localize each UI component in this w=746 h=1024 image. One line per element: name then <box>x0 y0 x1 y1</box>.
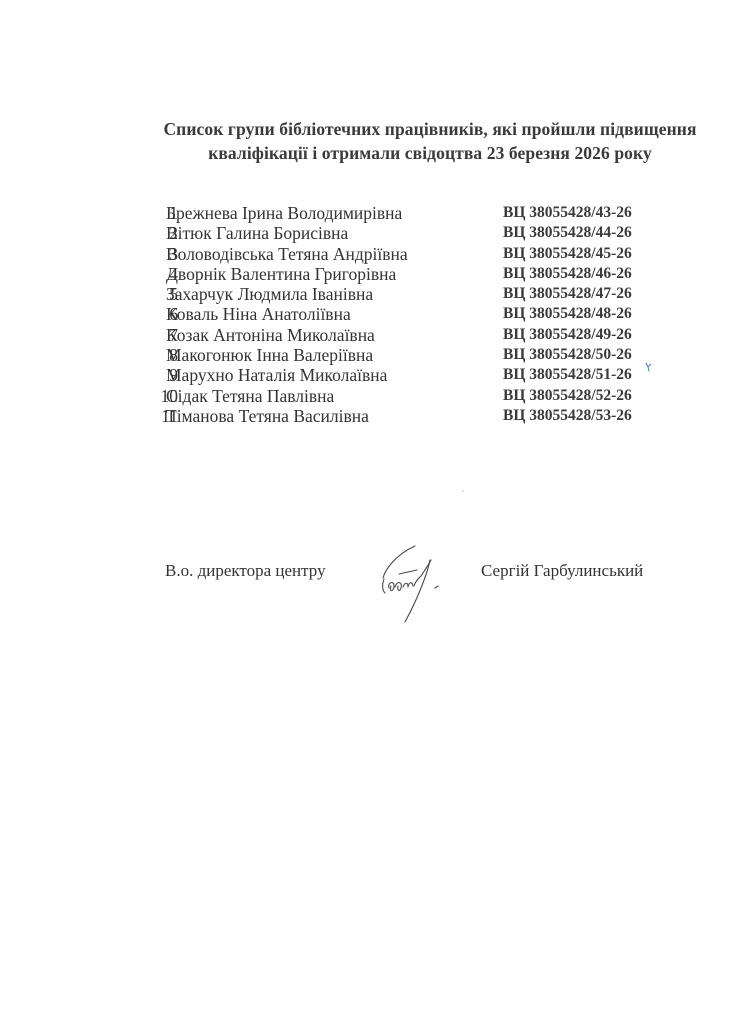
certificate-number: ВЦ 38055428/47-26 <box>503 284 632 304</box>
certificate-number: ВЦ 38055428/46-26 <box>503 264 632 284</box>
list-item: 3 Воловодівська Тетяна Андріївна ВЦ 3805… <box>128 244 688 264</box>
certificate-number: ВЦ 38055428/53-26 <box>503 406 632 426</box>
person-name: Дворнік Валентина Григорівна <box>166 264 396 284</box>
certificate-number: ВЦ 38055428/51-26 <box>503 365 632 385</box>
certificate-number: ВЦ 38055428/43-26 <box>503 203 632 223</box>
list-item: 11 Тіманова Тетяна Василівна ВЦ 38055428… <box>128 406 688 426</box>
list-item: 5 Захарчук Людмила Іванівна ВЦ 38055428/… <box>128 284 688 304</box>
person-name: Козак Антоніна Миколаївна <box>166 325 375 345</box>
title-line-1: Список групи бібліотечних працівників, я… <box>130 117 730 141</box>
signatory-name: Сергій Гарбулинський <box>481 561 643 581</box>
person-name: Марухно Наталія Миколаївна <box>166 365 387 385</box>
list-item: 7 Козак Антоніна Миколаївна ВЦ 38055428/… <box>128 325 688 345</box>
list-item: 1 Брежнева Ірина Володимирівна ВЦ 380554… <box>128 203 688 223</box>
certificate-number: ВЦ 38055428/52-26 <box>503 386 632 406</box>
signatory-role: В.о. директора центру <box>165 561 326 581</box>
list-item: 2 Вітюк Галина Борисівна ВЦ 38055428/44-… <box>128 223 688 243</box>
person-name: Макогонюк Інна Валеріївна <box>166 345 373 365</box>
list-item: 9 Марухно Наталія Миколаївна ВЦ 38055428… <box>128 365 688 385</box>
document-page: Список групи бібліотечних працівників, я… <box>0 0 746 1024</box>
list-item: 8 Макогонюк Інна Валеріївна ВЦ 38055428/… <box>128 345 688 365</box>
person-name: Сідак Тетяна Павлівна <box>166 386 334 406</box>
person-name: Коваль Ніна Анатоліївна <box>166 304 351 324</box>
handwritten-signature-icon <box>375 530 475 625</box>
person-name: Брежнева Ірина Володимирівна <box>166 203 402 223</box>
recipients-list: 1 Брежнева Ірина Володимирівна ВЦ 380554… <box>128 203 688 426</box>
person-name: Воловодівська Тетяна Андріївна <box>166 244 408 264</box>
scan-speck <box>462 490 464 492</box>
person-name: Вітюк Галина Борисівна <box>166 223 348 243</box>
certificate-number: ВЦ 38055428/48-26 <box>503 304 632 324</box>
person-name: Тіманова Тетяна Василівна <box>166 406 369 426</box>
certificate-number: ВЦ 38055428/50-26 <box>503 345 632 365</box>
certificate-number: ВЦ 38055428/44-26 <box>503 223 632 243</box>
list-item: 4 Дворнік Валентина Григорівна ВЦ 380554… <box>128 264 688 284</box>
list-item: 6 Коваль Ніна Анатоліївна ВЦ 38055428/48… <box>128 304 688 324</box>
certificate-number: ВЦ 38055428/49-26 <box>503 325 632 345</box>
title-line-2: кваліфікації і отримали свідоцтва 23 бер… <box>130 141 730 165</box>
pen-tick-mark-icon <box>645 362 653 372</box>
document-title: Список групи бібліотечних працівників, я… <box>130 117 730 165</box>
person-name: Захарчук Людмила Іванівна <box>166 284 373 304</box>
certificate-number: ВЦ 38055428/45-26 <box>503 244 632 264</box>
list-item: 10 Сідак Тетяна Павлівна ВЦ 38055428/52-… <box>128 386 688 406</box>
